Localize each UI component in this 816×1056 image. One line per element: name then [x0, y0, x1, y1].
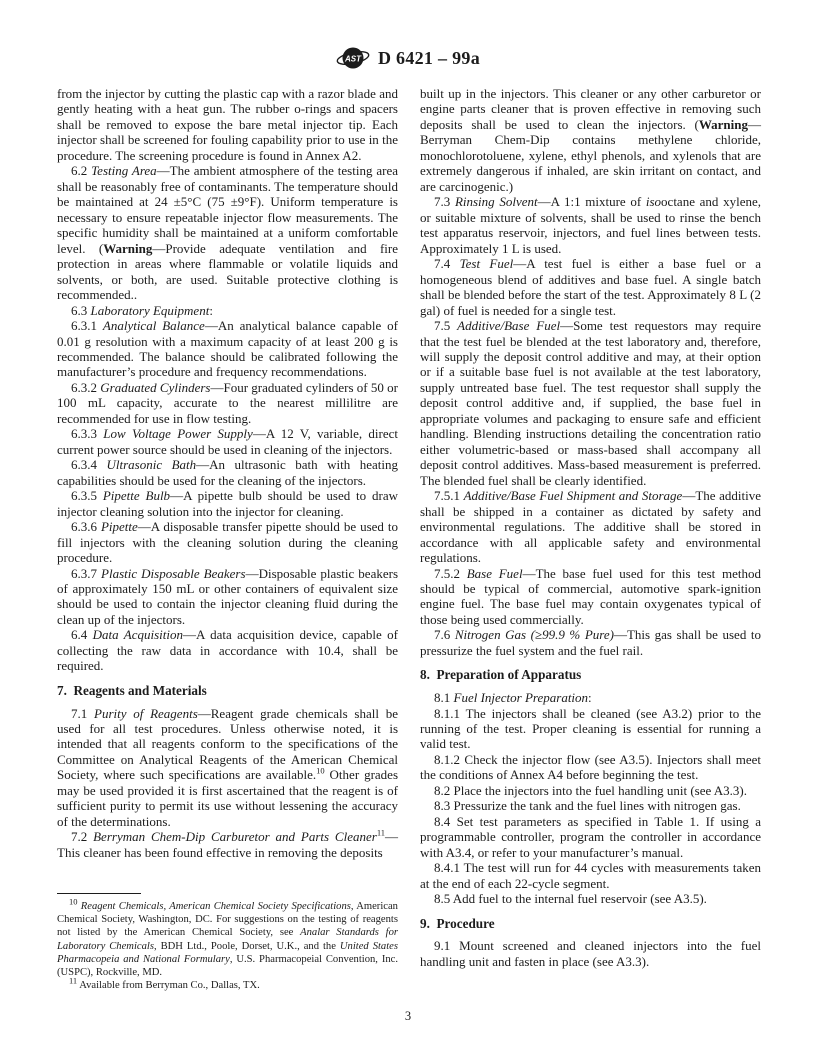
text-segment: 8.1.1 The injectors shall be cleaned (se… — [420, 706, 761, 752]
footnote-separator — [57, 893, 141, 894]
paragraph: 6.3.2 Graduated Cylinders—Four graduated… — [57, 380, 398, 426]
footnote-group: 10 Reagent Chemicals, American Chemical … — [57, 885, 398, 992]
paragraph: 6.3.7 Plastic Disposable Beakers—Disposa… — [57, 566, 398, 628]
text-segment: Data Acquisition — [93, 627, 183, 642]
document-header: AST D 6421 – 99a — [0, 44, 816, 72]
text-segment: 7.5.1 — [434, 488, 464, 503]
footnote: 10 Reagent Chemicals, American Chemical … — [57, 900, 398, 979]
paragraph: 7.4 Test Fuel—A test fuel is either a ba… — [420, 256, 761, 318]
text-segment: Low Voltage Power Supply — [103, 426, 253, 441]
section-heading: 9. Procedure — [420, 916, 761, 932]
paragraph: 8.5 Add fuel to the internal fuel reserv… — [420, 891, 761, 906]
text-segment: Graduated Cylinders — [100, 380, 210, 395]
column-left: from the injector by cutting the plastic… — [57, 86, 398, 992]
text-segment: 6.3.5 — [71, 488, 103, 503]
text-segment: : — [588, 690, 592, 705]
text-segment: 7.1 — [71, 706, 94, 721]
page-footer: 3 — [0, 1009, 816, 1024]
text-segment: 6.2 — [71, 163, 91, 178]
text-segment: 8.1.2 Check the injector flow (see A3.5)… — [420, 752, 761, 782]
paragraph: 6.2 Testing Area—The ambient atmosphere … — [57, 163, 398, 302]
column-right: built up in the injectors. This cleaner … — [420, 86, 761, 969]
text-segment: Pipette — [101, 519, 138, 534]
paragraph: from the injector by cutting the plastic… — [57, 86, 398, 163]
section-heading: 7. Reagents and Materials — [57, 683, 398, 699]
text-segment: Reagent Chemicals, American Chemical Soc… — [78, 901, 351, 912]
footnote-marker: 10 — [69, 897, 78, 907]
paragraph: 6.3.5 Pipette Bulb—A pipette bulb should… — [57, 488, 398, 519]
text-segment: iso — [646, 194, 661, 209]
paragraph: 7.5 Additive/Base Fuel—Some test request… — [420, 318, 761, 488]
text-segment: Ultrasonic Bath — [106, 457, 196, 472]
text-segment: 7.5 — [434, 318, 457, 333]
text-segment: Test Fuel — [460, 256, 514, 271]
text-segment: Plastic Disposable Beakers — [101, 566, 246, 581]
text-segment: —Some test requestors may require that t… — [420, 318, 761, 488]
paragraph: 6.3.6 Pipette—A disposable transfer pipe… — [57, 519, 398, 565]
text-segment: 6.3.7 — [71, 566, 101, 581]
footnote-marker: 10 — [316, 766, 325, 776]
text-segment: Berryman Chem-Dip Carburetor and Parts C… — [93, 829, 377, 844]
paragraph: 6.3.1 Analytical Balance—An analytical b… — [57, 318, 398, 380]
text-segment: Rinsing Solvent — [455, 194, 538, 209]
text-segment: : — [209, 303, 213, 318]
text-segment: 6.4 — [71, 627, 93, 642]
text-segment: Purity of Reagents — [94, 706, 198, 721]
text-segment: Pipette Bulb — [103, 488, 170, 503]
text-segment: 8. Preparation of Apparatus — [420, 667, 581, 682]
text-segment: Warning — [103, 241, 152, 256]
paragraph: 6.4 Data Acquisition—A data acquisition … — [57, 627, 398, 673]
text-segment: , BDH Ltd., Poole, Dorset, U.K., and the — [154, 941, 340, 952]
text-segment: Analytical Balance — [103, 318, 205, 333]
text-segment: 6.3 — [71, 303, 91, 318]
text-segment: 9.1 Mount screened and cleaned injectors… — [420, 938, 761, 968]
paragraph: 6.3 Laboratory Equipment: — [57, 303, 398, 318]
text-segment: Additive/Base Fuel — [457, 318, 560, 333]
text-segment: 8.4 Set test parameters as specified in … — [420, 814, 761, 860]
paragraph: 7.5.1 Additive/Base Fuel Shipment and St… — [420, 488, 761, 565]
text-segment: 8.4.1 The test will run for 44 cycles wi… — [420, 860, 761, 890]
paragraph: 8.1.2 Check the injector flow (see A3.5)… — [420, 752, 761, 783]
text-segment: 6.3.1 — [71, 318, 103, 333]
page-number: 3 — [405, 1009, 411, 1023]
column-left-text: from the injector by cutting the plastic… — [57, 86, 398, 860]
text-segment: —A 1:1 mixture of — [538, 194, 646, 209]
text-segment: Base Fuel — [467, 566, 523, 581]
paragraph: 8.1 Fuel Injector Preparation: — [420, 690, 761, 705]
text-segment: 7.2 — [71, 829, 93, 844]
text-segment: Testing Area — [91, 163, 157, 178]
paragraph: 6.3.3 Low Voltage Power Supply—A 12 V, v… — [57, 426, 398, 457]
paragraph: 8.4.1 The test will run for 44 cycles wi… — [420, 860, 761, 891]
astm-logo-icon: AST — [336, 44, 370, 72]
text-segment: 8.1 — [434, 690, 454, 705]
text-segment: 9. Procedure — [420, 916, 495, 931]
text-segment: Nitrogen Gas (≥99.9 % Pure) — [455, 627, 614, 642]
paragraph: 7.3 Rinsing Solvent—A 1:1 mixture of iso… — [420, 194, 761, 256]
paragraph: 7.2 Berryman Chem-Dip Carburetor and Par… — [57, 829, 398, 860]
footnote-list: 10 Reagent Chemicals, American Chemical … — [57, 900, 398, 992]
text-segment: 7.4 — [434, 256, 460, 271]
text-segment: Fuel Injector Preparation — [454, 690, 589, 705]
text-segment: from the injector by cutting the plastic… — [57, 86, 398, 163]
text-segment: 7. Reagents and Materials — [57, 683, 207, 698]
text-segment: 6.3.2 — [71, 380, 100, 395]
document-page: AST D 6421 – 99a from the injector by cu… — [0, 0, 816, 1056]
body-columns: from the injector by cutting the plastic… — [57, 86, 761, 992]
text-segment: 8.2 Place the injectors into the fuel ha… — [434, 783, 747, 798]
section-heading: 8. Preparation of Apparatus — [420, 667, 761, 683]
footnote: 11 Available from Berryman Co., Dallas, … — [57, 979, 398, 992]
text-segment: 6.3.3 — [71, 426, 103, 441]
paragraph: 8.3 Pressurize the tank and the fuel lin… — [420, 798, 761, 813]
text-segment: Available from Berryman Co., Dallas, TX. — [77, 980, 260, 991]
paragraph: 6.3.4 Ultrasonic Bath—An ultrasonic bath… — [57, 457, 398, 488]
text-segment: 8.5 Add fuel to the internal fuel reserv… — [434, 891, 707, 906]
paragraph: built up in the injectors. This cleaner … — [420, 86, 761, 194]
text-segment: Warning — [699, 117, 748, 132]
text-segment: 8.3 Pressurize the tank and the fuel lin… — [434, 798, 741, 813]
footnote-marker: 11 — [377, 828, 385, 838]
text-segment: Laboratory Equipment — [91, 303, 210, 318]
text-segment: 7.3 — [434, 194, 455, 209]
paragraph: 7.1 Purity of Reagents—Reagent grade che… — [57, 706, 398, 830]
paragraph: 8.2 Place the injectors into the fuel ha… — [420, 783, 761, 798]
text-segment: 7.6 — [434, 627, 455, 642]
paragraph: 7.6 Nitrogen Gas (≥99.9 % Pure)—This gas… — [420, 627, 761, 658]
text-segment: 6.3.4 — [71, 457, 106, 472]
doc-number: D 6421 – 99a — [378, 48, 480, 69]
footnote-marker: 11 — [69, 975, 77, 985]
svg-text:AST: AST — [344, 55, 362, 64]
paragraph: 7.5.2 Base Fuel—The base fuel used for t… — [420, 566, 761, 628]
text-segment: 7.5.2 — [434, 566, 467, 581]
text-segment: Additive/Base Fuel Shipment and Storage — [464, 488, 683, 503]
paragraph: 8.1.1 The injectors shall be cleaned (se… — [420, 706, 761, 752]
paragraph: 9.1 Mount screened and cleaned injectors… — [420, 938, 761, 969]
text-segment: 6.3.6 — [71, 519, 101, 534]
paragraph: 8.4 Set test parameters as specified in … — [420, 814, 761, 860]
